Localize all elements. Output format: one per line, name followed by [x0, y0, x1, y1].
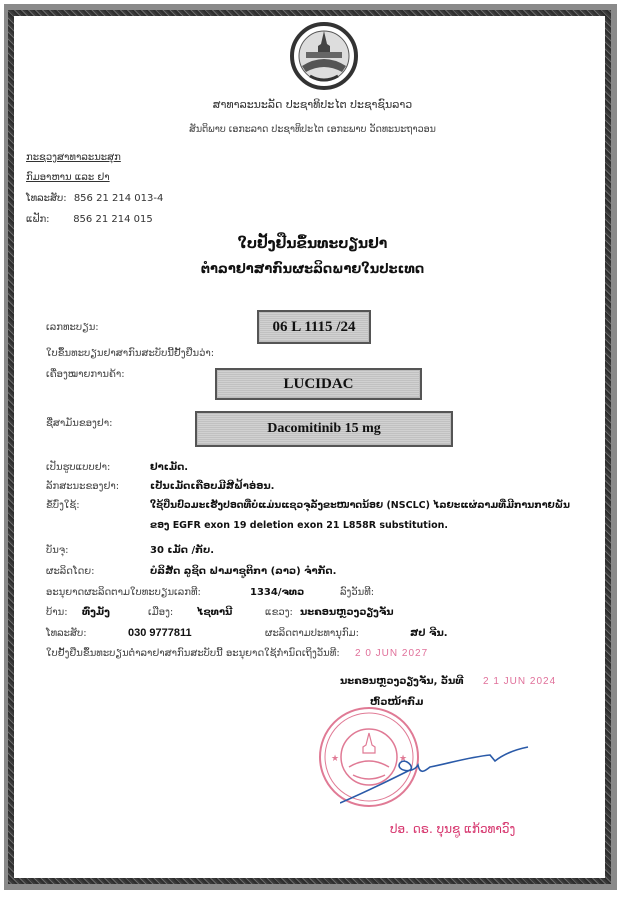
- manufacturer-phone: 030 9777811: [128, 627, 192, 639]
- district: ໄຊທານີ: [197, 607, 232, 618]
- dosage-form-label: ເປັນຮູບແບບຢາ:: [46, 462, 110, 473]
- signature-icon: [340, 745, 530, 805]
- ministry-name: ກະຊວງສາທາລະນະສຸກ: [26, 152, 121, 163]
- generic-name-label: ຊື່ສາມັນຂອງຢາ:: [46, 418, 112, 429]
- certificate-title: ໃບຢັ້ງຢືນຂຶ້ນທະບຽນຢາ: [0, 236, 625, 252]
- certify-text: ໃບຂຶ້ນທະບຽນຢາສາກົນສະບັບນີ້ຢັ້ງຢືນວ່າ:: [46, 348, 214, 359]
- indication-line-1: ໃຊ້ປິ່ນປົວມະເຮັງປອດທີ່ບໍ່ແມ່ນແຊວຈຸລັງຂະໜ…: [150, 500, 570, 511]
- origin-label: ຜະລິດຕາມປະທານຸກົມ:: [265, 628, 359, 639]
- issue-date-stamp: 2 1 JUN 2024: [483, 676, 556, 687]
- country-name: ສາທາລະນະລັດ ປະຊາທິປະໄຕ ປະຊາຊົນລາວ: [0, 98, 625, 111]
- department-name: ກົມອາຫານ ແລະ ຢາ: [26, 172, 110, 183]
- license-date-label: ລົງວັນທີ:: [340, 587, 374, 598]
- village-label: ບ້ານ:: [46, 607, 68, 618]
- appearance-label: ລັກສະນະຂອງຢາ:: [46, 481, 119, 492]
- province-label: ແຂວງ:: [265, 607, 293, 618]
- issuer-phone-row: ໂທລະສັບ: 856 21 214 013-4: [26, 193, 163, 204]
- province: ນະຄອນຫຼວງວຽງຈັນ: [300, 607, 394, 618]
- brand-label: ເຄື່ອງໝາຍການຄ້າ:: [46, 369, 125, 380]
- district-label: ເມືອງ:: [148, 607, 173, 618]
- certificate-subtitle: ຕຳລາຢາສາກົນຜະລິດພາຍໃນປະເທດ: [0, 262, 625, 277]
- svg-text:★: ★: [331, 754, 339, 764]
- issuer-phone: 856 21 214 013-4: [74, 193, 164, 204]
- signer-name: ປອ. ດຣ. ບຸນຊູ ແກ້ວທາວົງ: [390, 822, 515, 836]
- issuer-fax-row: ແຟັກ: 856 21 214 015: [26, 214, 153, 225]
- origin: ສປ ຈີນ.: [410, 628, 448, 639]
- registration-number-box: 06 L 1115 /24: [257, 310, 371, 344]
- issuer-phone-label: ໂທລະສັບ:: [26, 193, 67, 204]
- license-number: 1334/ຈທວ: [250, 587, 304, 598]
- indication-label: ຂໍ້ບົ່ງໃຊ້:: [46, 500, 80, 511]
- issuer-fax-label: ແຟັກ:: [26, 214, 70, 225]
- packaging: 30 ເມັດ /ກັບ.: [150, 545, 214, 556]
- generic-name-box: Dacomitinib 15 mg: [195, 411, 453, 447]
- registration-number-label: ເລກທະບຽນ:: [46, 322, 99, 333]
- brand-name-box: LUCIDAC: [215, 368, 422, 400]
- validity-text: ໃບຢັ້ງຢືນຂຶ້ນທະບຽນຕຳລາຢາສາກົນສະບັບນີ້ ອະ…: [46, 648, 340, 659]
- manufacturer-phone-label: ໂທລະສັບ:: [46, 628, 87, 639]
- village: ທົ່ງມັງ: [82, 607, 110, 618]
- appearance: ເປັນເມັດເຄືອບມີສີຟ້າອ່ອນ.: [150, 481, 274, 492]
- indication-line-2: ຂອງ EGFR exon 19 deletion exon 21 L858R …: [150, 520, 448, 531]
- lao-national-emblem-icon: [290, 22, 358, 90]
- manufacturer-label: ຜະລິດໂດຍ:: [46, 566, 95, 577]
- place-date-text: ນະຄອນຫຼວງວຽງຈັນ, ວັນທີ: [340, 676, 464, 687]
- issuer-fax: 856 21 214 015: [73, 214, 153, 225]
- packaging-label: ບັນຈຸ:: [46, 545, 69, 556]
- dosage-form: ຢາເມັດ.: [150, 462, 188, 473]
- license-label: ອະນຸຍາດຜະລິດຕາມໃບທະບຽນເລກທີ:: [46, 587, 201, 598]
- valid-until-stamp: 2 0 JUN 2027: [355, 648, 428, 659]
- manufacturer: ບໍລິສັດ ລູຊິດ ຟາມາຊູຕິກາ (ລາວ) ຈຳກັດ.: [150, 566, 336, 577]
- national-motto: ສັນຕິພາບ ເອກະລາດ ປະຊາທິປະໄຕ ເອກະພາບ ວັດທ…: [0, 124, 625, 135]
